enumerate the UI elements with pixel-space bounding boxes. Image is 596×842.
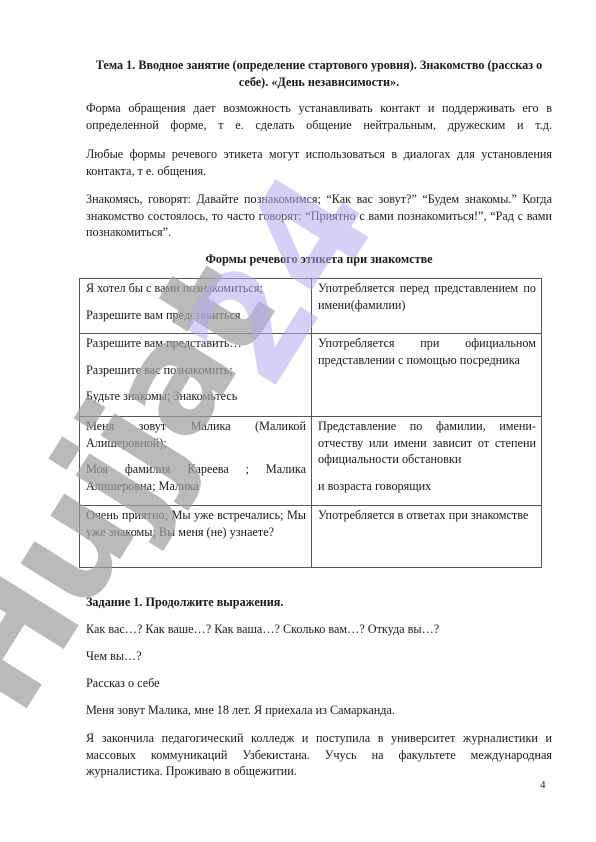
table-cell-usage: Употребляется перед представлением по им… — [312, 279, 542, 334]
table-cell-usage: Представление по фамилии, имени-отчеству… — [312, 417, 542, 506]
table-cell-phrase: Очень приятно; Мы уже встречались; Мы уж… — [80, 506, 312, 568]
cell-text: Употребляется при официальном представле… — [318, 335, 536, 368]
table-cell-usage: Употребляется в ответах при знакомстве — [312, 506, 542, 568]
task-title: Задание 1. Продолжите выражения. — [86, 594, 552, 611]
paragraph-introductions: Знакомясь, говорят: Давайте познакомимся… — [86, 191, 552, 241]
paragraph-speech-etiquette: Любые формы речевого этикета могут испол… — [86, 146, 552, 179]
cell-text: Очень приятно; Мы уже встречались; Мы уж… — [86, 507, 306, 540]
table-cell-usage: Употребляется при официальном представле… — [312, 334, 542, 417]
cell-text: и возраста говорящих — [318, 478, 536, 495]
cell-text: Разрешите вам представить… — [86, 335, 306, 352]
section-heading-about-me: Рассказ о себе — [86, 675, 552, 692]
etiquette-table: Я хотел бы с вами познакомиться; Разреши… — [79, 278, 542, 568]
cell-text: Меня зовут Малика (Маликой Алишеровной); — [86, 418, 306, 451]
document-page: Тема 1. Вводное занятие (определение ста… — [0, 0, 596, 842]
paragraph-address-form: Форма обращения дает возможность устанав… — [86, 100, 552, 133]
task-line: Чем вы…? — [86, 648, 552, 665]
table-cell-phrase: Разрешите вам представить… Разрешите вас… — [80, 334, 312, 417]
table-cell-phrase: Я хотел бы с вами познакомиться; Разреши… — [80, 279, 312, 334]
table-row: Разрешите вам представить… Разрешите вас… — [80, 334, 542, 417]
table-title: Формы речевого этикета при знакомстве — [86, 251, 552, 267]
cell-text: Употребляется в ответах при знакомстве — [318, 507, 536, 524]
table-row: Я хотел бы с вами познакомиться; Разреши… — [80, 279, 542, 334]
cell-text: Будьте знакомы; Знакомьтесь — [86, 388, 306, 405]
task-line: Я закончила педагогический колледж и пос… — [86, 730, 552, 780]
cell-text: Разрешите вам представиться — [86, 307, 306, 324]
table-cell-phrase: Меня зовут Малика (Маликой Алишеровной);… — [80, 417, 312, 506]
page-number: 4 — [540, 779, 546, 791]
task-line: Как вас…? Как ваше…? Как ваша…? Сколько … — [86, 621, 552, 638]
table-row: Очень приятно; Мы уже встречались; Мы уж… — [80, 506, 542, 568]
cell-text: Разрешите вас познакомить; — [86, 362, 306, 379]
cell-text: Представление по фамилии, имени-отчеству… — [318, 418, 536, 468]
cell-text: Употребляется перед представлением по им… — [318, 280, 536, 313]
cell-text: Моя фамилия Кареева ; Малика Алишеровна;… — [86, 461, 306, 494]
page-title: Тема 1. Вводное занятие (определение ста… — [86, 57, 552, 91]
task-line: Меня зовут Малика, мне 18 лет. Я приехал… — [86, 702, 552, 719]
table-row: Меня зовут Малика (Маликой Алишеровной);… — [80, 417, 542, 506]
cell-text: Я хотел бы с вами познакомиться; — [86, 280, 306, 297]
